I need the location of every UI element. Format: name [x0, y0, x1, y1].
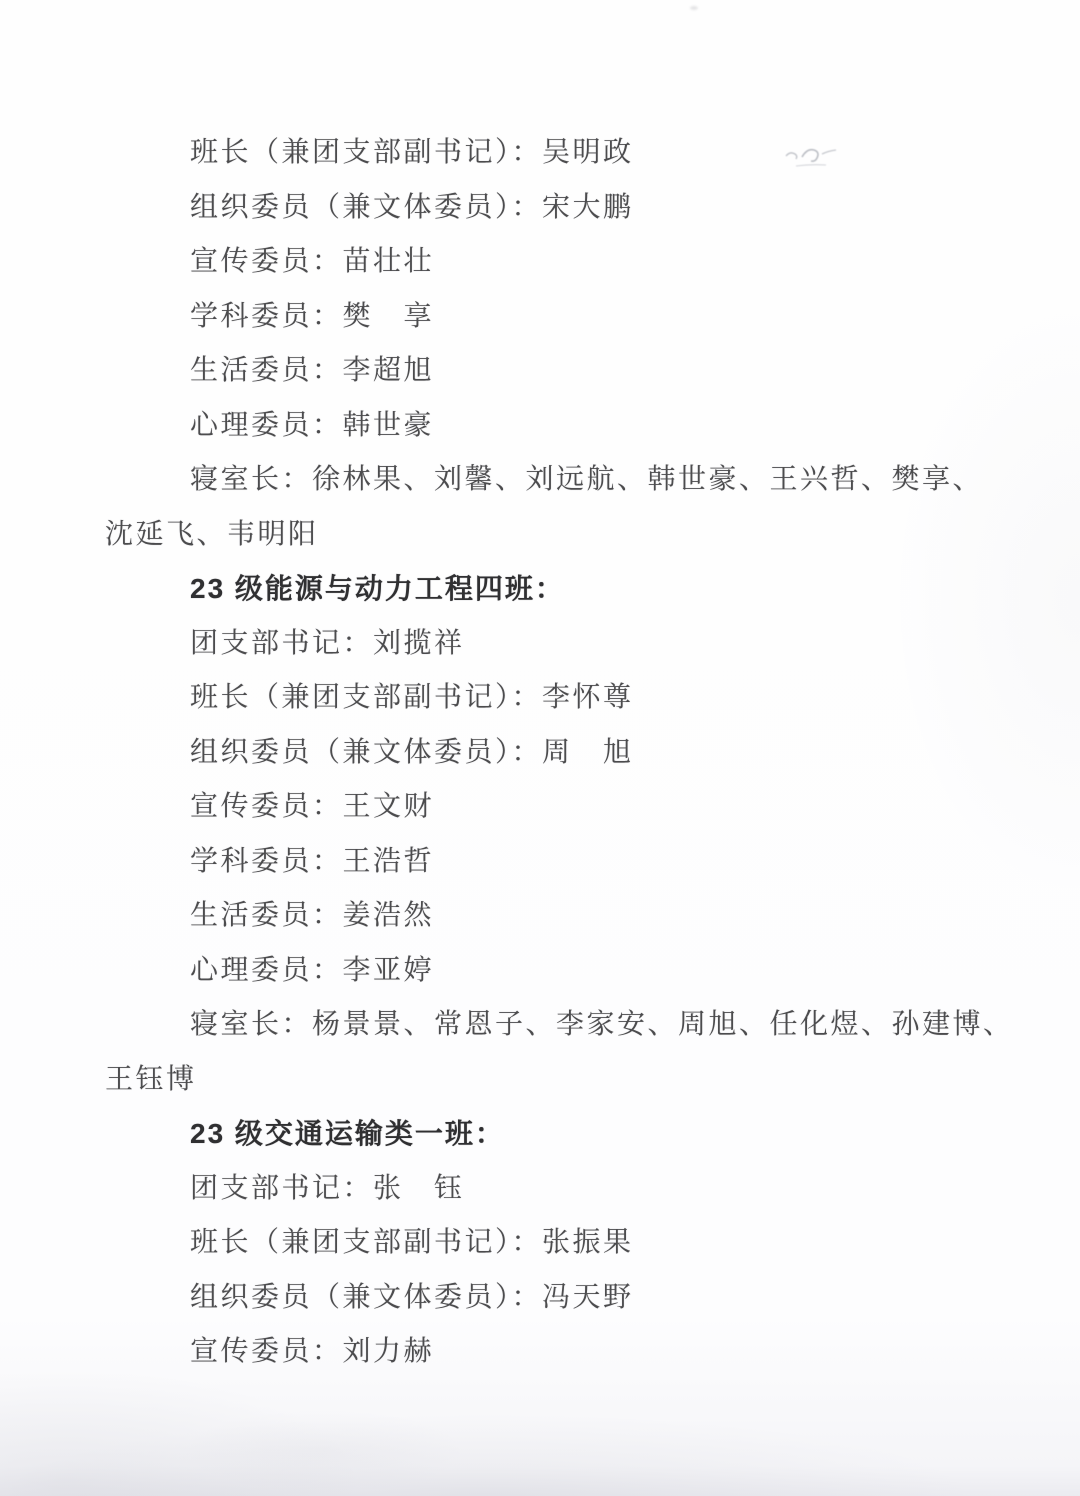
section-heading-transport-class-1: 23 级交通运输类一班： [105, 1107, 967, 1162]
doc-line-monitor-2: 班长（兼团支部副书记）：李怀尊 [105, 671, 967, 726]
doc-line-monitor-1: 班长（兼团支部副书记）：吴明政 [105, 126, 967, 181]
section-heading-energy-class-4: 23 级能源与动力工程四班： [105, 562, 967, 617]
doc-line-league-secretary-2: 团支部书记：刘揽祥 [105, 617, 967, 672]
doc-line-monitor-3: 班长（兼团支部副书记）：张振果 [105, 1216, 967, 1271]
doc-line-academic-1: 学科委员：樊 享 [105, 290, 967, 345]
scan-speck-artifact [690, 6, 698, 10]
doc-line-dorm-heads-1b: 沈延飞、韦明阳 [105, 508, 967, 563]
doc-line-dorm-heads-2b: 王钰博 [105, 1053, 967, 1108]
doc-line-academic-2: 学科委员：王浩哲 [105, 835, 967, 890]
doc-line-publicity-1: 宣传委员：苗壮壮 [105, 235, 967, 290]
doc-line-psych-2: 心理委员：李亚婷 [105, 944, 967, 999]
doc-line-dorm-heads-2a: 寝室长：杨景景、常恩子、李家安、周旭、任化煜、孙建博、 [105, 998, 967, 1053]
doc-line-org-committee-3: 组织委员（兼文体委员）：冯天野 [105, 1271, 967, 1326]
doc-line-dorm-heads-1a: 寝室长：徐林果、刘馨、刘远航、韩世豪、王兴哲、樊享、 [105, 453, 967, 508]
scanned-document-page: 班长（兼团支部副书记）：吴明政 组织委员（兼文体委员）：宋大鹏 宣传委员：苗壮壮… [0, 0, 1080, 1496]
doc-line-psych-1: 心理委员：韩世豪 [105, 399, 967, 454]
doc-line-publicity-2: 宣传委员：王文财 [105, 780, 967, 835]
doc-line-life-2: 生活委员：姜浩然 [105, 889, 967, 944]
document-body: 班长（兼团支部副书记）：吴明政 组织委员（兼文体委员）：宋大鹏 宣传委员：苗壮壮… [105, 126, 967, 1380]
doc-line-league-secretary-3: 团支部书记：张 钰 [105, 1162, 967, 1217]
doc-line-life-1: 生活委员：李超旭 [105, 344, 967, 399]
doc-line-org-committee-2: 组织委员（兼文体委员）：周 旭 [105, 726, 967, 781]
doc-line-publicity-3: 宣传委员：刘力赫 [105, 1325, 967, 1380]
doc-line-org-committee-1: 组织委员（兼文体委员）：宋大鹏 [105, 181, 967, 236]
